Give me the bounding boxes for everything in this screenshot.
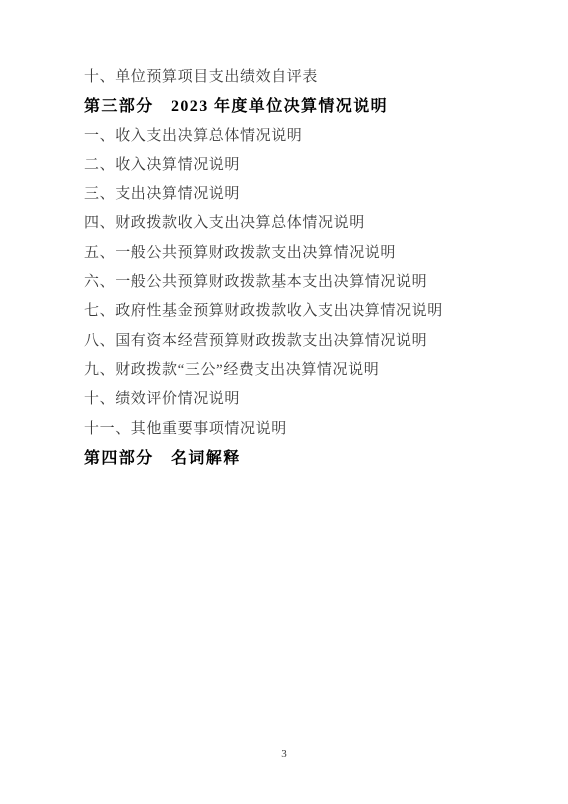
toc-item: 四、财政拨款收入支出决算总体情况说明 bbox=[84, 209, 538, 238]
toc-item: 八、国有资本经营预算财政拨款支出决算情况说明 bbox=[84, 327, 538, 356]
toc-item: 二、收入决算情况说明 bbox=[84, 151, 538, 180]
page-footer: 3 bbox=[0, 744, 568, 762]
toc-item: 十、单位预算项目支出绩效自评表 bbox=[84, 63, 538, 92]
toc-item: 三、支出决算情况说明 bbox=[84, 180, 538, 209]
toc-item: 一、收入支出决算总体情况说明 bbox=[84, 122, 538, 151]
toc-item: 六、一般公共预算财政拨款基本支出决算情况说明 bbox=[84, 268, 538, 297]
toc-item: 七、政府性基金预算财政拨款收入支出决算情况说明 bbox=[84, 297, 538, 326]
toc-item: 五、一般公共预算财政拨款支出决算情况说明 bbox=[84, 239, 538, 268]
section-heading-part3: 第三部分 2023 年度单位决算情况说明 bbox=[84, 92, 538, 121]
page-number: 3 bbox=[281, 748, 287, 760]
toc-item: 十、绩效评价情况说明 bbox=[84, 385, 538, 414]
toc-item: 九、财政拨款“三公”经费支出决算情况说明 bbox=[84, 356, 538, 385]
section-heading-part4: 第四部分 名词解释 bbox=[84, 444, 538, 473]
table-of-contents: 十、单位预算项目支出绩效自评表 第三部分 2023 年度单位决算情况说明 一、收… bbox=[84, 63, 538, 473]
document-page: 十、单位预算项目支出绩效自评表 第三部分 2023 年度单位决算情况说明 一、收… bbox=[0, 0, 568, 804]
toc-item: 十一、其他重要事项情况说明 bbox=[84, 415, 538, 444]
